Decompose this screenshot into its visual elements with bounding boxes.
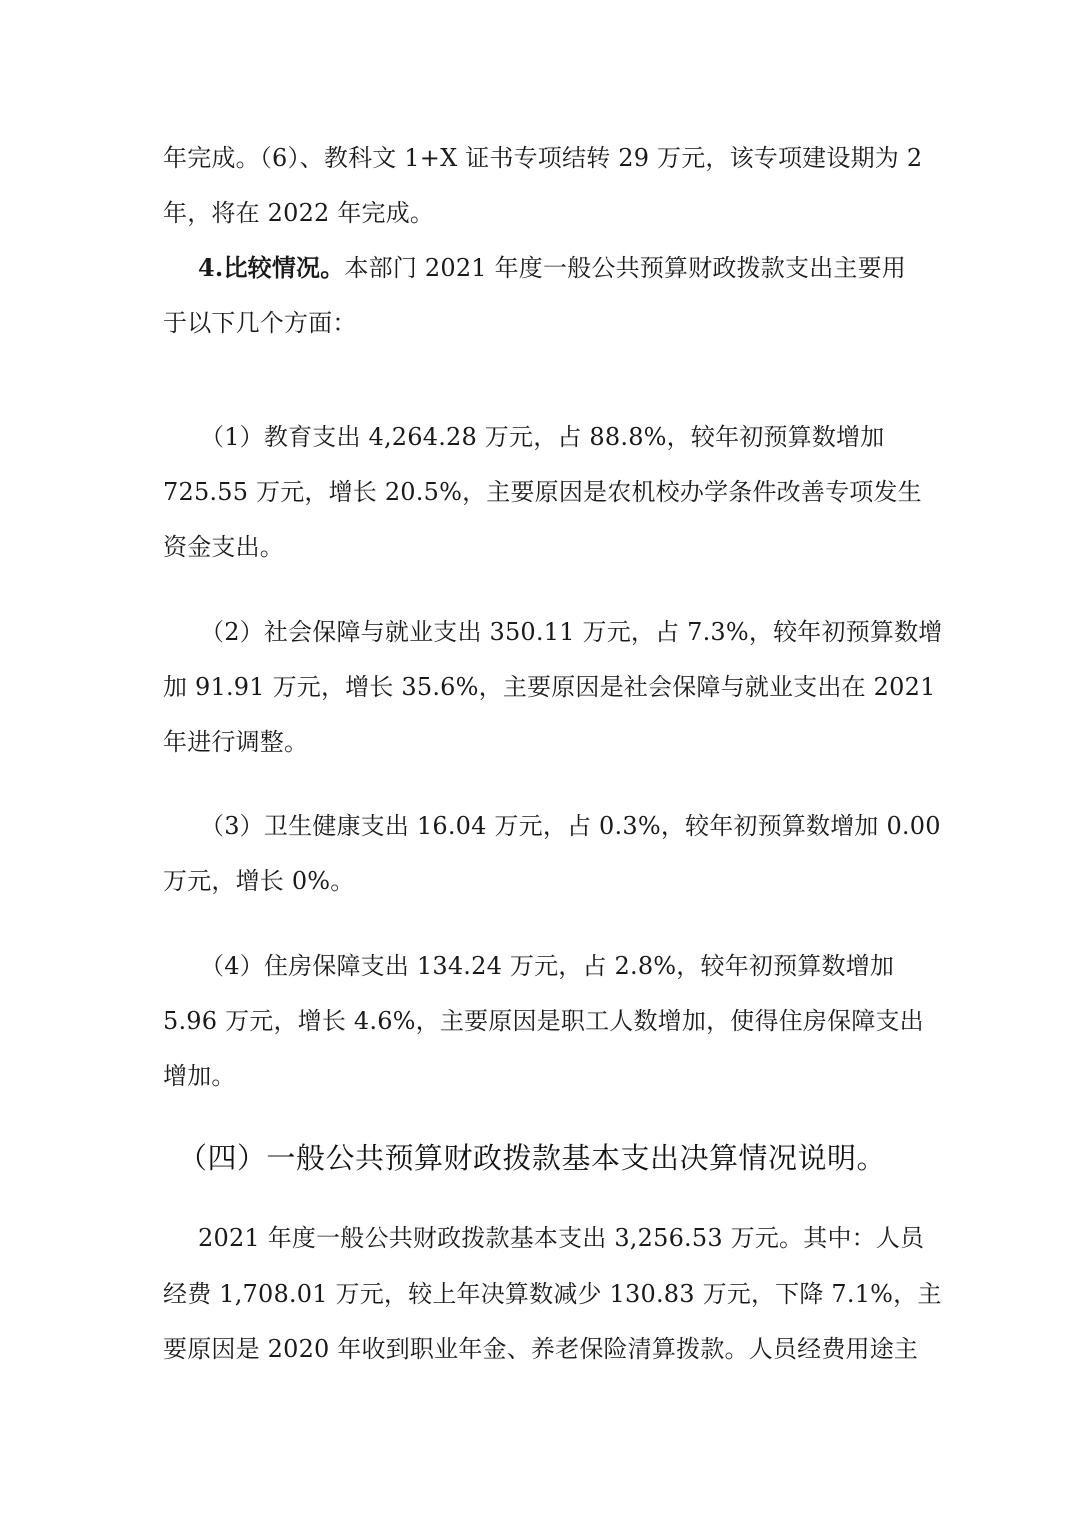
item-1-line: 资金支出。	[163, 532, 284, 562]
basic-expense-line: 要原因是 2020 年收到职业年金、养老保险清算拨款。人员经费用途主	[163, 1334, 918, 1364]
section-4-intro-text: 本部门 2021 年度一般公共预算财政拨款支出主要用	[344, 254, 906, 282]
paragraph-line: 年完成。（6）、教科文 1+X 证书专项结转 29 万元，该专项建设期为 2	[163, 143, 922, 173]
item-2-line: （2）社会保障与就业支出 350.11 万元，占 7.3%，较年初预算数增	[200, 617, 943, 647]
item-3-line: （3）卫生健康支出 16.04 万元，占 0.3%，较年初预算数增加 0.00	[200, 811, 941, 841]
item-1-line: 725.55 万元，增长 20.5%，主要原因是农机校办学条件改善专项发生	[163, 477, 922, 507]
basic-expense-line: 2021 年度一般公共财政拨款基本支出 3,256.53 万元。其中：人员	[198, 1223, 924, 1253]
section-4-label: 4.比较情况。	[198, 253, 344, 282]
item-4-line: 增加。	[163, 1061, 236, 1091]
item-2-line: 年进行调整。	[163, 727, 308, 757]
item-4-line: （4）住房保障支出 134.24 万元，占 2.8%，较年初预算数增加	[200, 951, 894, 981]
section-4-intro: 4.比较情况。本部门 2021 年度一般公共预算财政拨款支出主要用	[198, 253, 906, 283]
item-3-line: 万元，增长 0%。	[163, 866, 355, 896]
item-4-line: 5.96 万元，增长 4.6%，主要原因是职工人数增加，使得住房保障支出	[163, 1006, 924, 1036]
section-heading: （四）一般公共预算财政拨款基本支出决算情况说明。	[178, 1140, 886, 1176]
basic-expense-line: 经费 1,708.01 万元，较上年决算数减少 130.83 万元，下降 7.1…	[163, 1279, 942, 1309]
paragraph-line: 年，将在 2022 年完成。	[163, 198, 434, 228]
item-1-line: （1）教育支出 4,264.28 万元，占 88.8%，较年初预算数增加	[200, 422, 884, 452]
item-2-line: 加 91.91 万元，增长 35.6%，主要原因是社会保障与就业支出在 2021	[163, 672, 936, 702]
paragraph-line: 于以下几个方面：	[163, 308, 357, 338]
